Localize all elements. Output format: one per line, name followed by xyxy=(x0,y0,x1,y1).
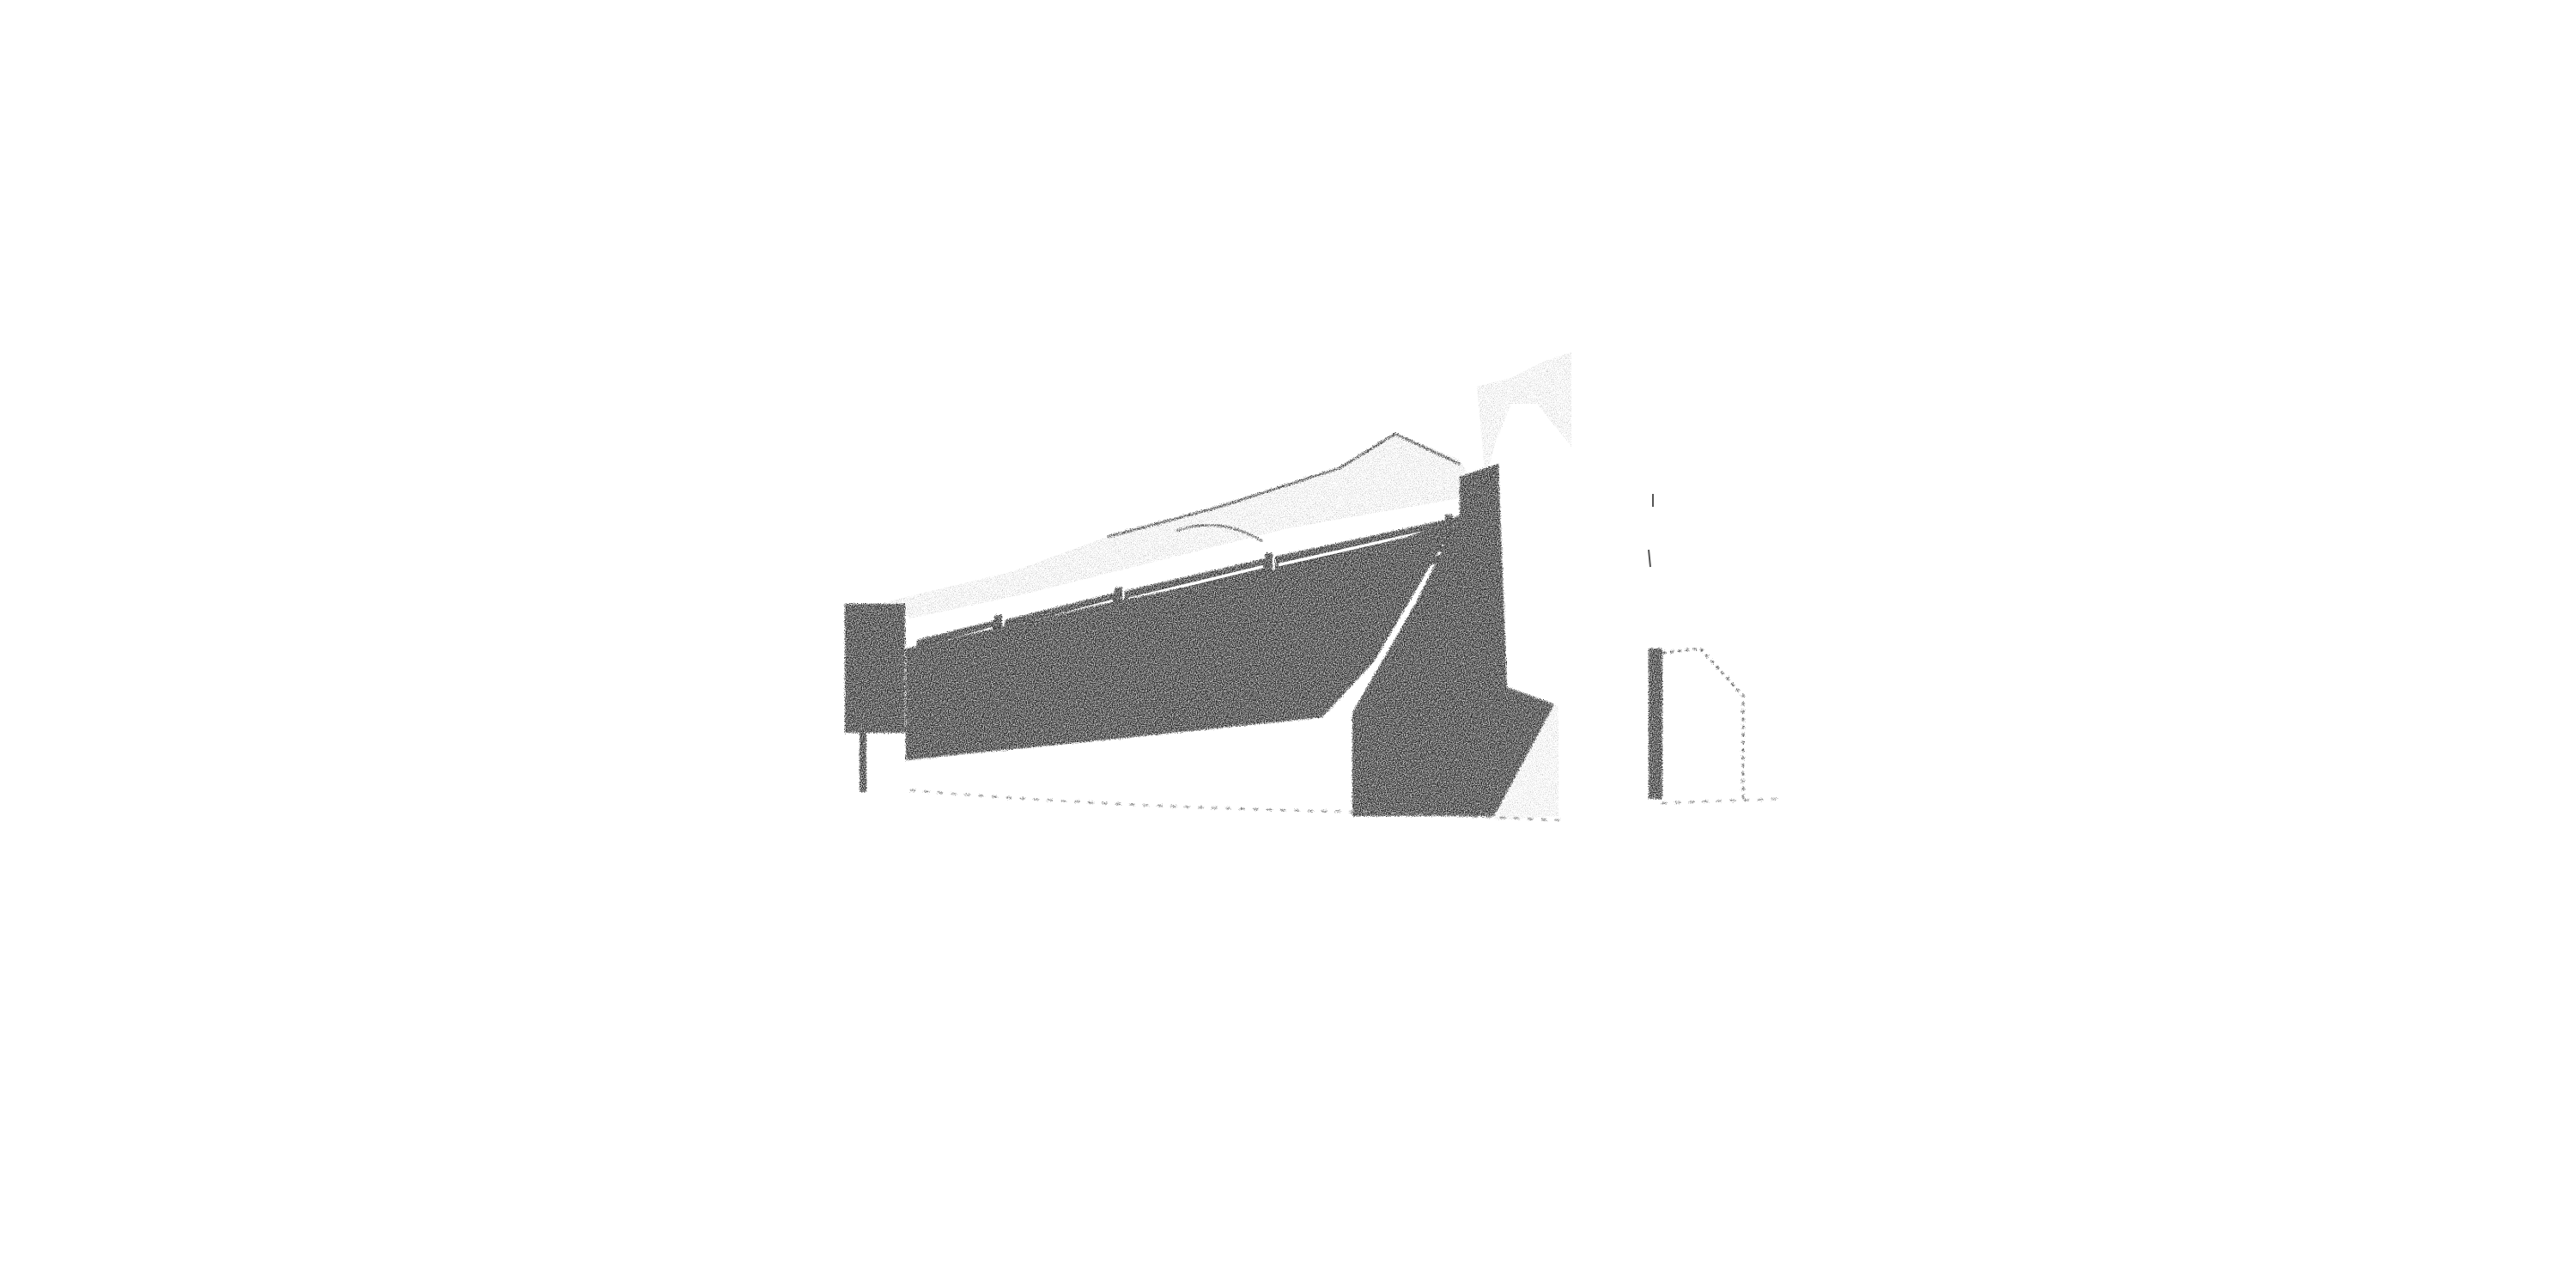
charcoal-sketch xyxy=(0,0,2576,1267)
side-structure xyxy=(1649,494,1743,799)
signpost xyxy=(845,604,905,792)
sketch-canvas: building with long sloped facade, slatte… xyxy=(0,0,2576,1267)
ground-line xyxy=(910,790,1777,820)
